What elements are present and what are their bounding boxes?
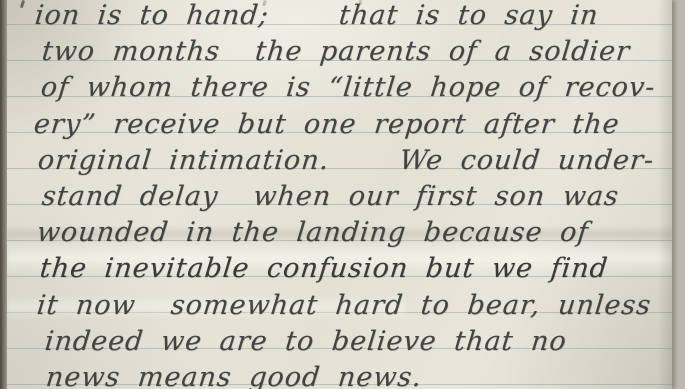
handwritten-line: wounded in the landing because of: [35, 215, 672, 251]
paper-crease-highlight-2: [7, 294, 406, 320]
handwritten-line: news means good news.: [44, 360, 672, 389]
handwritten-line: stand delay when our first son was: [40, 179, 672, 215]
letter-paper: ion is to hand; that is to say in two mo…: [7, 0, 672, 389]
scanned-handwritten-letter: ion is to hand; that is to say in two mo…: [0, 0, 685, 389]
handwritten-line: original intimation. We could under-: [36, 143, 672, 179]
paper-crease-highlight: [7, 242, 672, 274]
handwritten-text-block: ion is to hand; that is to say in two mo…: [25, 0, 672, 389]
handwritten-line: indeed we are to believe that no: [43, 324, 672, 360]
cutoff-stroke-fragment: [359, 0, 362, 5]
paper-right-edge-shade: [658, 0, 672, 389]
handwritten-line: the inevitable confusion but we find: [38, 251, 672, 287]
paper-crease-shadow: [7, 226, 672, 242]
handwritten-line: ion is to hand; that is to say in: [33, 0, 672, 34]
cutoff-stroke-fragment: [262, 0, 266, 6]
handwritten-line: it now somewhat hard to bear, unless: [35, 288, 672, 324]
handwritten-line: ery” receive but one report after the: [32, 107, 672, 143]
handwritten-line: of whom there is “little hope of recov-: [39, 70, 672, 106]
cutoff-stroke-fragment: [20, 0, 25, 8]
ruled-lines: [7, 24, 672, 388]
handwritten-line: two months the parents of a soldier: [40, 34, 672, 70]
